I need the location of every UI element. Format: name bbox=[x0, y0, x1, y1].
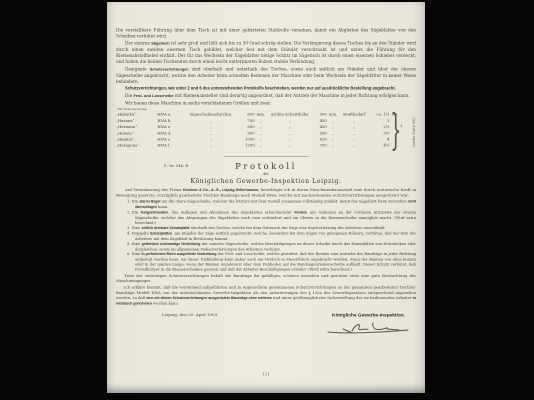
bold-term: Schutzplatten bbox=[150, 232, 172, 236]
paragraph-text: Die verstellbare Führung über dem Tisch … bbox=[116, 28, 416, 39]
list-item: 5.Eine gefahrlose schirmartige Verkleidu… bbox=[127, 241, 416, 251]
list-item: 1.Ein starrer Bügel um die obere Sägesch… bbox=[127, 199, 416, 210]
paragraph-text: Wir bauen diese Maschine in sechs versch… bbox=[125, 101, 272, 106]
paragraph-text: Die bbox=[125, 93, 134, 98]
bold-term: eine mit diesen Schutzvorrichtungen ausg… bbox=[146, 296, 271, 300]
model-code: HNA f. bbox=[157, 143, 182, 149]
bold-term: Kirchner & Co., A.-G., Leipzig-Sellerhau… bbox=[183, 187, 259, 192]
margin-mark: 4. bbox=[400, 124, 403, 128]
item-number: 6. bbox=[127, 252, 130, 257]
list-item: 2.Ein festgeschraubter, das Auflegen und… bbox=[127, 210, 416, 225]
item-text: kann. bbox=[157, 205, 168, 210]
power-value: 4½ bbox=[369, 143, 389, 149]
bold-term: festgeschraubter bbox=[141, 211, 168, 215]
item-number: 4. bbox=[127, 231, 130, 236]
date-line: Leipzig, den 20. April 1903. bbox=[162, 313, 218, 318]
bold-term: starrer Bügel bbox=[139, 200, 160, 204]
item-text: Eine bbox=[132, 252, 142, 257]
cut-height-value: 750 bbox=[312, 143, 326, 149]
screenshot-root: { "top": { "p1": { "text": "Die verstell… bbox=[0, 0, 534, 400]
paragraph-guide-roller: Die verstellbare Führung über dem Tisch … bbox=[116, 27, 416, 39]
ditto-mark: „ bbox=[339, 143, 369, 149]
item-text: um die obere Sägescheibe, welcher die le… bbox=[160, 199, 407, 204]
bold-term: Verdeck bbox=[294, 211, 307, 215]
ditto-mark: „ bbox=[255, 143, 268, 149]
diameter-value: 1200 bbox=[239, 143, 254, 149]
bold-term: Schutzvorrichtungen bbox=[150, 67, 189, 72]
ditto-mark: „ bbox=[327, 143, 340, 149]
text-block: Die verstellbare Führung über dem Tisch … bbox=[107, 2, 425, 336]
see-page-note-rotated: (siehe Seite XV) bbox=[412, 113, 416, 152]
item-text: , am Ständer der Säge seitlich angebrach… bbox=[135, 231, 416, 241]
issuer-block: Königliche Gewerbe-Inspektion. bbox=[326, 313, 411, 337]
paragraph-text: Der eiserne bbox=[125, 41, 151, 46]
item-text: oberhalb des Tisches, welche bei dem Geb… bbox=[190, 225, 386, 230]
ditto-mark: „ bbox=[267, 143, 312, 149]
list-item: 6.Eine in perforiertem Blech ausgeführte… bbox=[127, 252, 416, 272]
item-text: Ein bbox=[132, 210, 141, 215]
paragraph-text: mit Riemenabsteller sind derartig angeor… bbox=[174, 93, 410, 98]
ditto-mark: „ bbox=[182, 143, 239, 149]
paragraph-text: werden kann. bbox=[152, 301, 179, 306]
protokoll-title: Protokoll bbox=[116, 161, 416, 171]
signature-row: Leipzig, den 20. April 1903. Königliche … bbox=[116, 313, 416, 337]
bold-term: Sägetisch bbox=[151, 41, 169, 46]
issuer-name: Königliche Gewerbe-Inspektion. bbox=[326, 313, 411, 319]
closing-paragraph-appearance: Trotz der vielseitigen Schutzvorrichtung… bbox=[116, 274, 416, 284]
page-content: Die verstellbare Führung über dem Tisch … bbox=[107, 2, 425, 393]
item-number: 2. bbox=[127, 210, 130, 215]
item-text: Eine bbox=[132, 241, 142, 246]
list-item: 4.Doppelte Schutzplatten, am Ständer der… bbox=[127, 231, 416, 241]
item-number: 5. bbox=[127, 241, 130, 246]
paragraph-pulleys: Die Fest- und Losscheibe mit Riemenabste… bbox=[116, 93, 416, 100]
paragraph-text: Schutzvorrichtungen, wie unter 2 und 6 d… bbox=[125, 86, 396, 91]
divider-rule bbox=[224, 156, 309, 157]
paragraph-protective-devices: Geeignete Schutzvorrichtungen sind oberh… bbox=[116, 66, 416, 85]
paragraph-text: Geeignete bbox=[125, 66, 150, 71]
item-text: , das Auflegen und Abnehmen des Sägeblat… bbox=[168, 210, 294, 215]
bold-term: gefahrlose schirmartige Verkleidung bbox=[142, 242, 201, 246]
protection-items-list: 1.Ein starrer Bügel um die obere Sägesch… bbox=[116, 199, 416, 272]
closing-paragraph-declaration: Ich erkläre hiermit, daß die vorstehend … bbox=[116, 285, 416, 306]
paragraph-saw-table: Der eiserne Sägetisch ist sehr groß und … bbox=[116, 40, 416, 65]
item-number: 3. bbox=[127, 225, 130, 230]
protokoll-intro: Auf Veranlassung der Firma Kirchner & Co… bbox=[116, 187, 416, 198]
bold-term: Fest- und Losscheibe bbox=[134, 94, 174, 99]
protokoll-subtitle: Königlichen Gewerbe-Inspektion Leipzig. bbox=[116, 177, 416, 185]
item-number: 1. bbox=[127, 199, 130, 204]
item-text: Ein bbox=[132, 199, 139, 204]
model-name: „Hexagona“. bbox=[116, 143, 157, 149]
sizes-table: „Halenka“.HNA a.Sägescheibendurchm.600mm… bbox=[116, 112, 401, 149]
page-number: 111 bbox=[107, 372, 425, 377]
protokoll-header: E. Nr. 546. B. Protokoll der Königlichen… bbox=[116, 161, 416, 184]
paragraph-text: und unter größtmöglichster Sicherstellun… bbox=[272, 295, 413, 300]
reference-number: E. Nr. 546. B. bbox=[164, 163, 189, 168]
paragraph-order-note-bold: Schutzvorrichtungen, wie unter 2 und 6 d… bbox=[116, 85, 416, 91]
item-text: Eine bbox=[132, 225, 142, 230]
table-brace: } bbox=[390, 109, 401, 151]
bold-term: seitlich drehbare Schutzplatte bbox=[141, 226, 189, 230]
scanned-page: Die verstellbare Führung über dem Tisch … bbox=[107, 2, 425, 393]
signature-mark bbox=[326, 319, 411, 336]
bold-term: in perforiertem Blech ausgeführte Umklei… bbox=[142, 253, 217, 257]
paragraph-text: Auf Veranlassung der Firma bbox=[125, 187, 183, 192]
protokoll-der: der bbox=[116, 172, 416, 176]
paragraph-text: Trotz der vielseitigen Schutzvorrichtung… bbox=[116, 274, 416, 284]
table-row: „Hexagona“.HNA f.„1200„„750„„4½„ bbox=[116, 143, 401, 149]
item-text: Doppelte bbox=[132, 231, 150, 236]
paragraph-sizes-lead: Wir bauen diese Maschine in sechs versch… bbox=[116, 100, 416, 106]
